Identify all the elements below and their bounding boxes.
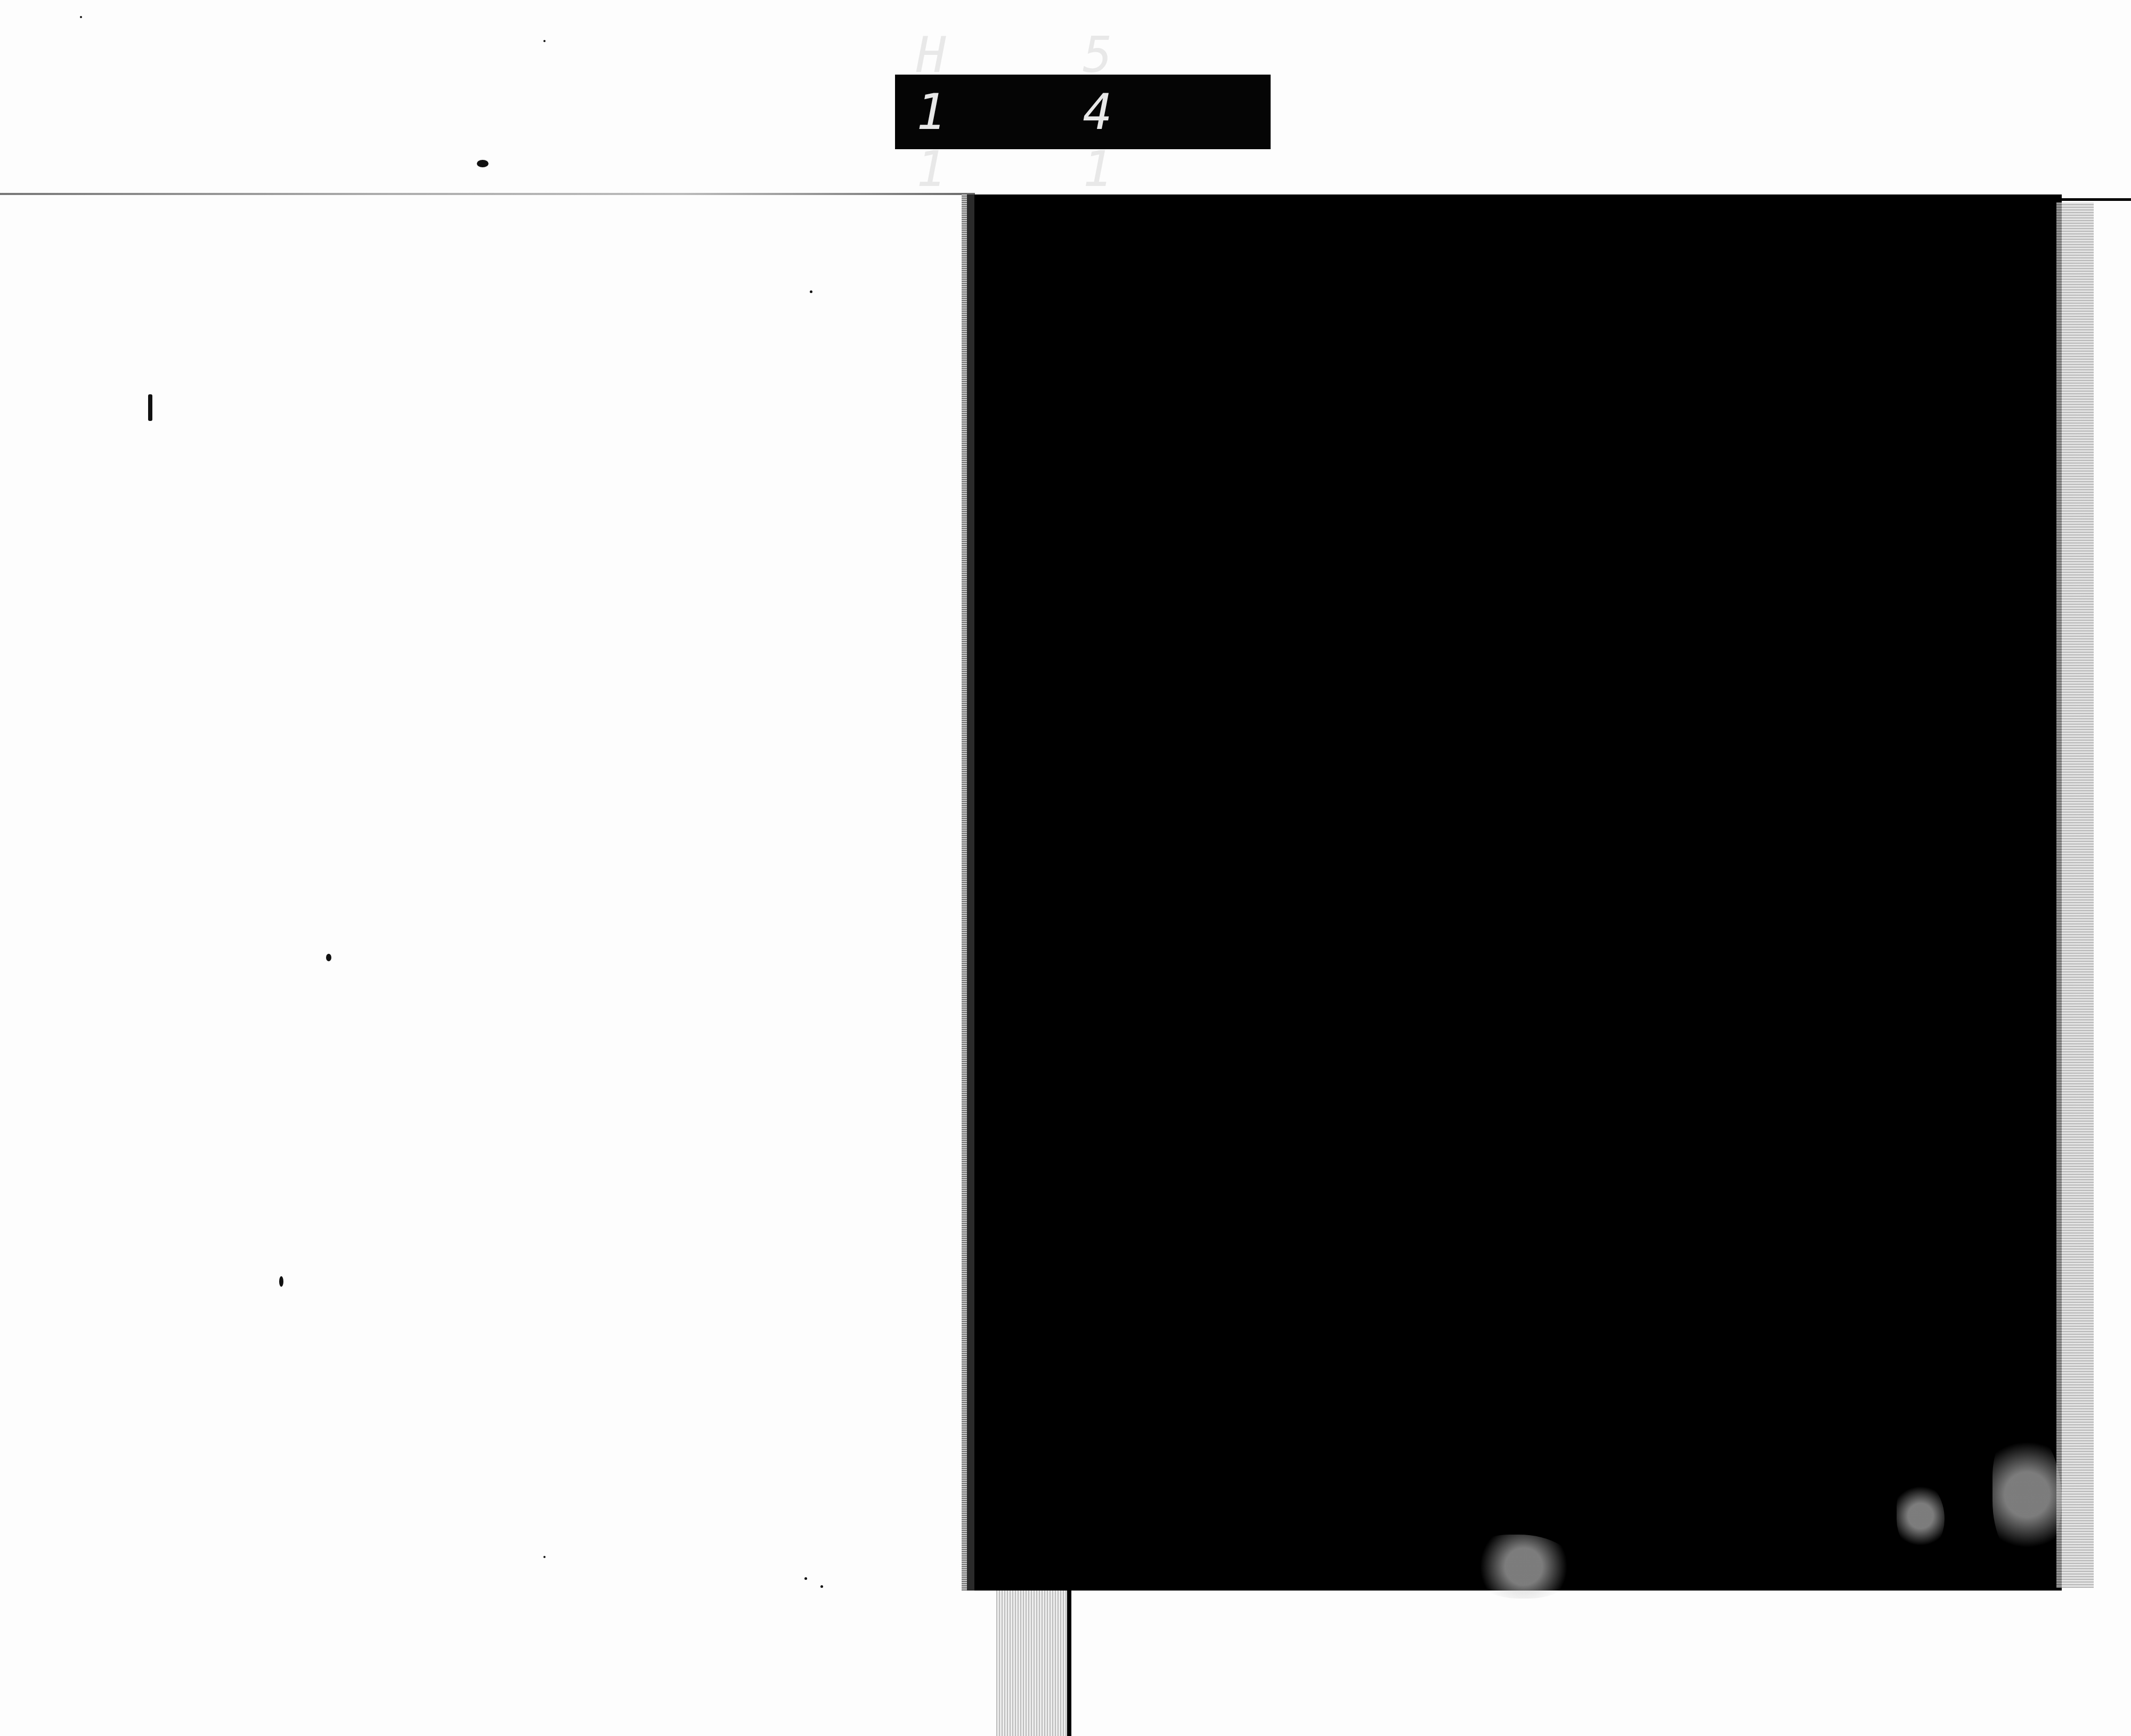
scan-speck — [820, 1585, 823, 1588]
board-right-edge — [2056, 202, 2094, 1588]
scan-speck — [810, 290, 812, 293]
binding-spine — [996, 1591, 1071, 1736]
label-right-code: 5 4 1 — [1083, 27, 1250, 198]
scan-speck — [477, 160, 489, 167]
binding-spine-line — [1067, 1591, 1071, 1736]
scan-speck — [148, 394, 152, 421]
scan-speck — [804, 1577, 807, 1580]
scan-edge-rule — [0, 193, 975, 195]
scan-speck — [326, 954, 331, 961]
scan-speck — [543, 40, 546, 42]
scan-speck — [279, 1276, 283, 1287]
label-left-code: H 1 1 — [916, 27, 1083, 198]
dark-cover-board — [967, 194, 2062, 1591]
scan-speck — [543, 1556, 546, 1558]
catalog-label: H 1 1 5 4 1 — [895, 75, 1271, 149]
scan-speck — [80, 16, 82, 18]
scan-edge-rule-right — [2051, 198, 2131, 201]
scanned-page: H 1 1 5 4 1 — [0, 0, 2131, 1736]
